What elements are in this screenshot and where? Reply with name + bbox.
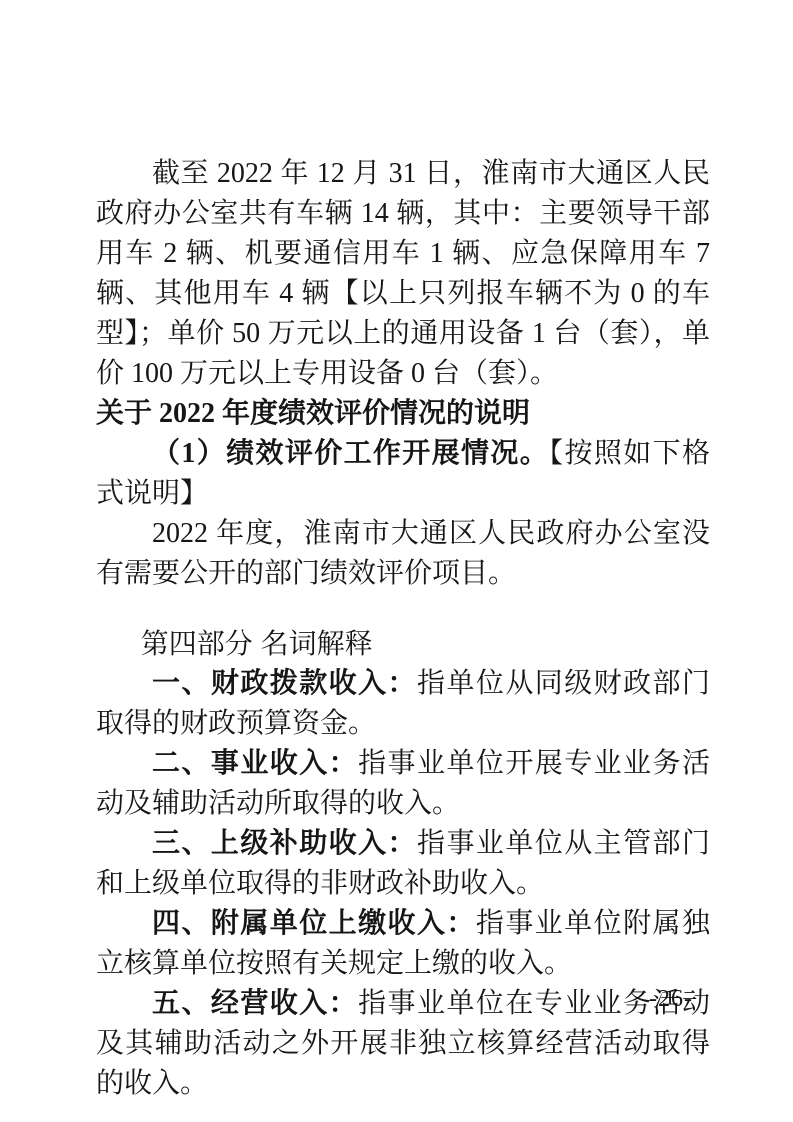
term-label: 一、财政拨款收入： <box>152 668 417 699</box>
term-label: 五、经营收入： <box>152 988 358 1019</box>
page-number: -26- <box>649 986 693 1013</box>
heading-part4-glossary: 第四部分 名词解释 <box>96 624 710 664</box>
paragraph-evaluation-item: （1）绩效评价工作开展情况。【按照如下格式说明】 <box>96 434 710 514</box>
heading-performance-evaluation: 关于 2022 年度绩效评价情况的说明 <box>96 394 710 434</box>
paragraph-no-projects: 2022 年度，淮南市大通区人民政府办公室没有需要公开的部门绩效评价项目。 <box>96 514 710 594</box>
term-item-affiliated-unit-payment: 四、附属单位上缴收入：指事业单位附属独立核算单位按照有关规定上缴的收入。 <box>96 904 710 984</box>
evaluation-item-title: （1）绩效评价工作开展情况。 <box>152 438 549 469</box>
term-item-business-income: 二、事业收入：指事业单位开展专业业务活动及辅助活动所取得的收入。 <box>96 744 710 824</box>
term-label: 三、上级补助收入： <box>152 828 417 859</box>
equipment-text: ；单价 50 万元以上的通用设备 1 台（套），单价 100 万元以上专用设备 … <box>96 318 710 389</box>
term-item-fiscal-appropriation: 一、财政拨款收入：指单位从同级财政部门取得的财政预算资金。 <box>96 664 710 744</box>
term-item-operating-income: 五、经营收入：指事业单位在专业业务活动及其辅助活动之外开展非独立核算经营活动取得… <box>96 984 710 1104</box>
term-label: 二、事业收入： <box>152 748 358 779</box>
term-item-superior-subsidy: 三、上级补助收入：指事业单位从主管部门和上级单位取得的非财政补助收入。 <box>96 824 710 904</box>
term-label: 四、附属单位上缴收入： <box>152 908 476 939</box>
paragraph-vehicles-equipment: 截至 2022 年 12 月 31 日，淮南市大通区人民政府办公室共有车辆 14… <box>96 154 710 394</box>
document-page-content: 截至 2022 年 12 月 31 日，淮南市大通区人民政府办公室共有车辆 14… <box>96 154 710 1104</box>
